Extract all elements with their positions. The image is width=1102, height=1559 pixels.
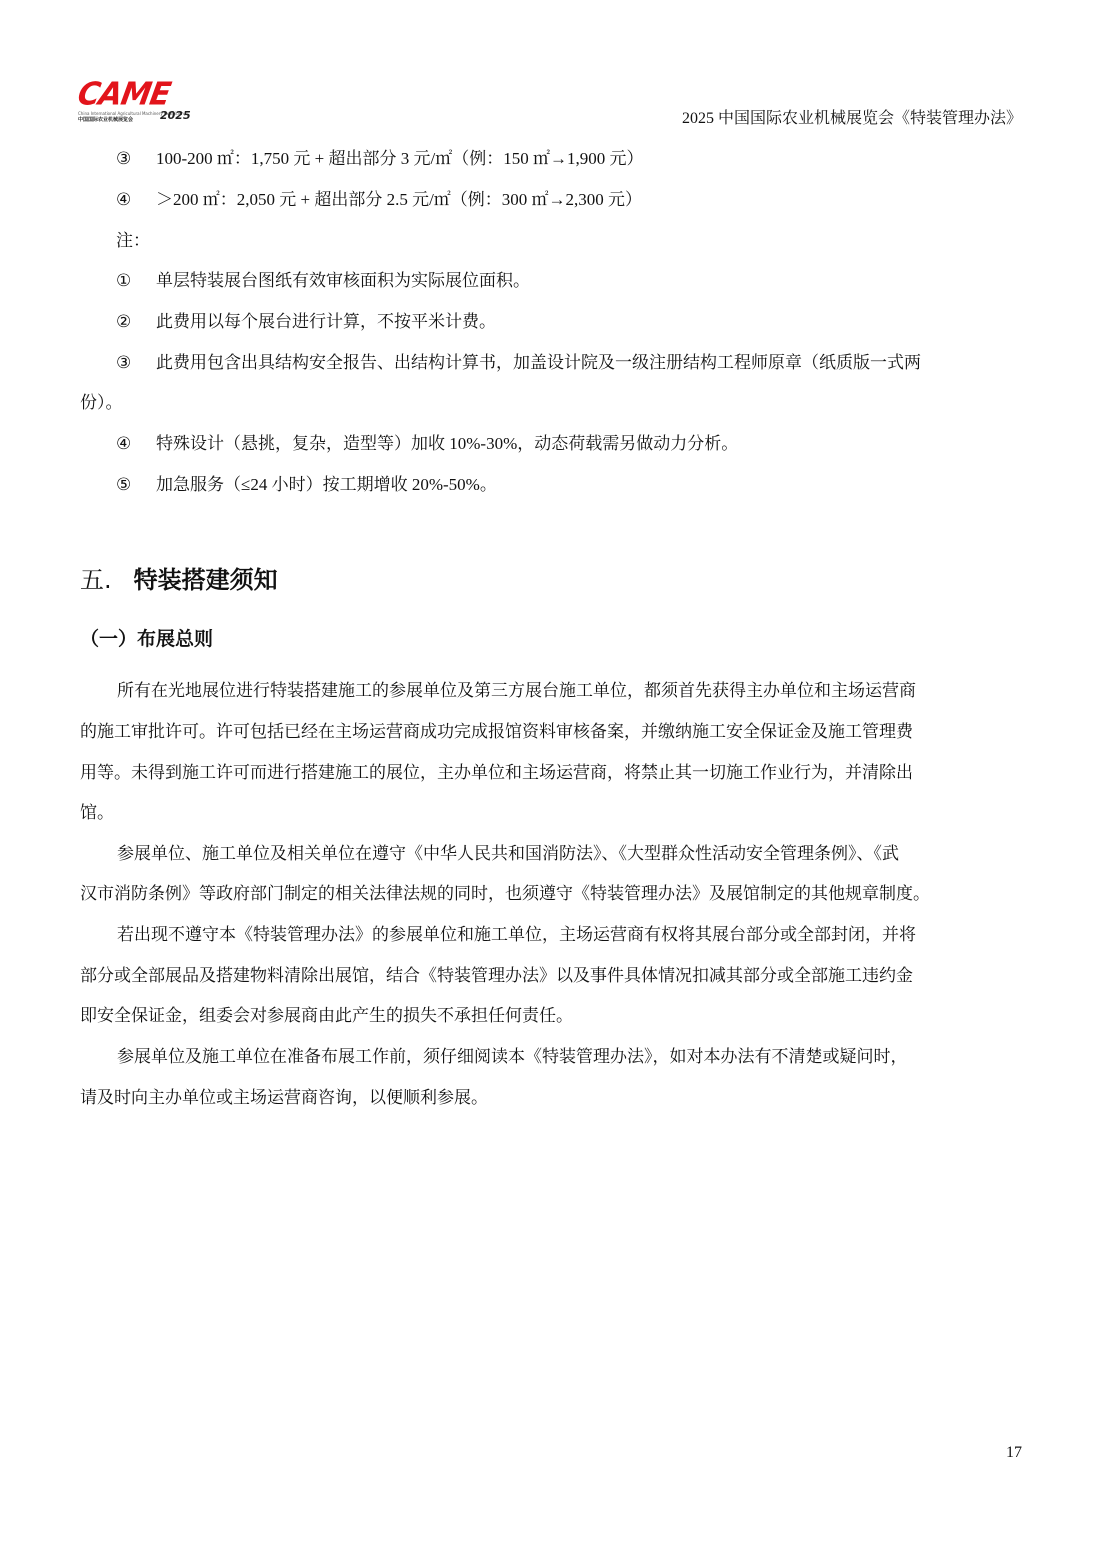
item-text: 100-200 ㎡：1,750 元 + 超出部分 3 元/㎡（例：150 ㎡→1…: [156, 149, 643, 168]
logo-wordmark: CAME: [75, 79, 172, 111]
note-item: ③此费用包含出具结构安全报告、出结构计算书，加盖设计院及一级注册结构工程师原章（…: [116, 351, 1061, 375]
page-number: 17: [1006, 1444, 1022, 1462]
notes-label: 注：: [116, 229, 1061, 253]
logo-year: 2025: [160, 109, 191, 122]
paragraph-line: 若出现不遵守本《特装管理办法》的参展单位和施工单位，主场运营商有权将其展台部分或…: [80, 923, 1025, 947]
item-text: 特殊设计（悬挑，复杂，造型等）加收 10%-30%，动态荷载需另做动力分析。: [156, 434, 738, 453]
item-number: ③: [116, 351, 156, 375]
item-number: ②: [116, 310, 156, 334]
item-text: 加急服务（≤24 小时）按工期增收 20%-50%。: [156, 475, 497, 494]
note-item: ①单层特装展台图纸有效审核面积为实际展位面积。: [116, 269, 1061, 293]
paragraph-line: 请及时向主办单位或主场运营商咨询，以便顺利参展。: [80, 1086, 1025, 1110]
paragraph-line: 汉市消防条例》等政府部门制定的相关法律法规的同时，也须遵守《特装管理办法》及展馆…: [80, 882, 1025, 906]
paragraph-line: 参展单位、施工单位及相关单位在遵守《中华人民共和国消防法》、《大型群众性活动安全…: [80, 842, 1025, 866]
item-text: 单层特装展台图纸有效审核面积为实际展位面积。: [156, 271, 530, 290]
header-title: 2025 中国国际农业机械展览会《特装管理办法》: [682, 105, 1022, 128]
note-item: ②此费用以每个展台进行计算，不按平米计费。: [116, 310, 1061, 334]
item-text: 此费用以每个展台进行计算，不按平米计费。: [156, 312, 496, 331]
paragraph-line: 即安全保证金，组委会对参展商由此产生的损失不承担任何责任。: [80, 1004, 1025, 1028]
logo-text: CAME: [75, 76, 173, 113]
note-item-continuation: 份）。: [80, 391, 1025, 415]
subsection-heading: （一）布展总则: [80, 624, 213, 651]
paragraph-line: 所有在光地展位进行特装搭建施工的参展单位及第三方展台施工单位，都须首先获得主办单…: [80, 679, 1025, 703]
paragraph-line: 部分或全部展品及搭建物料清除出展馆，结合《特装管理办法》以及事件具体情况扣减其部…: [80, 964, 1025, 988]
logo-subtitle-cn: 中国国际农业机械展览会: [78, 116, 133, 123]
item-number: ①: [116, 269, 156, 293]
item-number: ④: [116, 188, 156, 212]
item-number: ④: [116, 432, 156, 456]
section-number: 五.: [80, 566, 112, 594]
paragraph-line: 用等。未得到施工许可而进行搭建施工的展位，主办单位和主场运营商，将禁止其一切施工…: [80, 761, 1025, 785]
came-logo: CAME China International Agricultural Ma…: [78, 80, 194, 122]
item-number: ⑤: [116, 473, 156, 497]
paragraph-line: 参展单位及施工单位在准备布展工作前，须仔细阅读本《特装管理办法》，如对本办法有不…: [80, 1045, 1025, 1069]
note-item: ④特殊设计（悬挑，复杂，造型等）加收 10%-30%，动态荷载需另做动力分析。: [116, 432, 1061, 456]
section-title: 特装搭建须知: [134, 566, 278, 594]
fee-item: ③100-200 ㎡：1,750 元 + 超出部分 3 元/㎡（例：150 ㎡→…: [116, 147, 1061, 171]
section-heading: 五.特装搭建须知: [80, 560, 278, 595]
paragraph-line: 馆。: [80, 801, 1025, 825]
item-text: ＞200 ㎡：2,050 元 + 超出部分 2.5 元/㎡（例：300 ㎡→2,…: [156, 190, 642, 209]
item-text: 此费用包含出具结构安全报告、出结构计算书，加盖设计院及一级注册结构工程师原章（纸…: [156, 353, 921, 372]
item-number: ③: [116, 147, 156, 171]
document-page: CAME China International Agricultural Ma…: [0, 0, 1102, 1559]
note-item: ⑤加急服务（≤24 小时）按工期增收 20%-50%。: [116, 473, 1061, 497]
fee-item: ④＞200 ㎡：2,050 元 + 超出部分 2.5 元/㎡（例：300 ㎡→2…: [116, 188, 1061, 212]
paragraph-line: 的施工审批许可。许可包括已经在主场运营商成功完成报馆资料审核备案，并缴纳施工安全…: [80, 720, 1025, 744]
